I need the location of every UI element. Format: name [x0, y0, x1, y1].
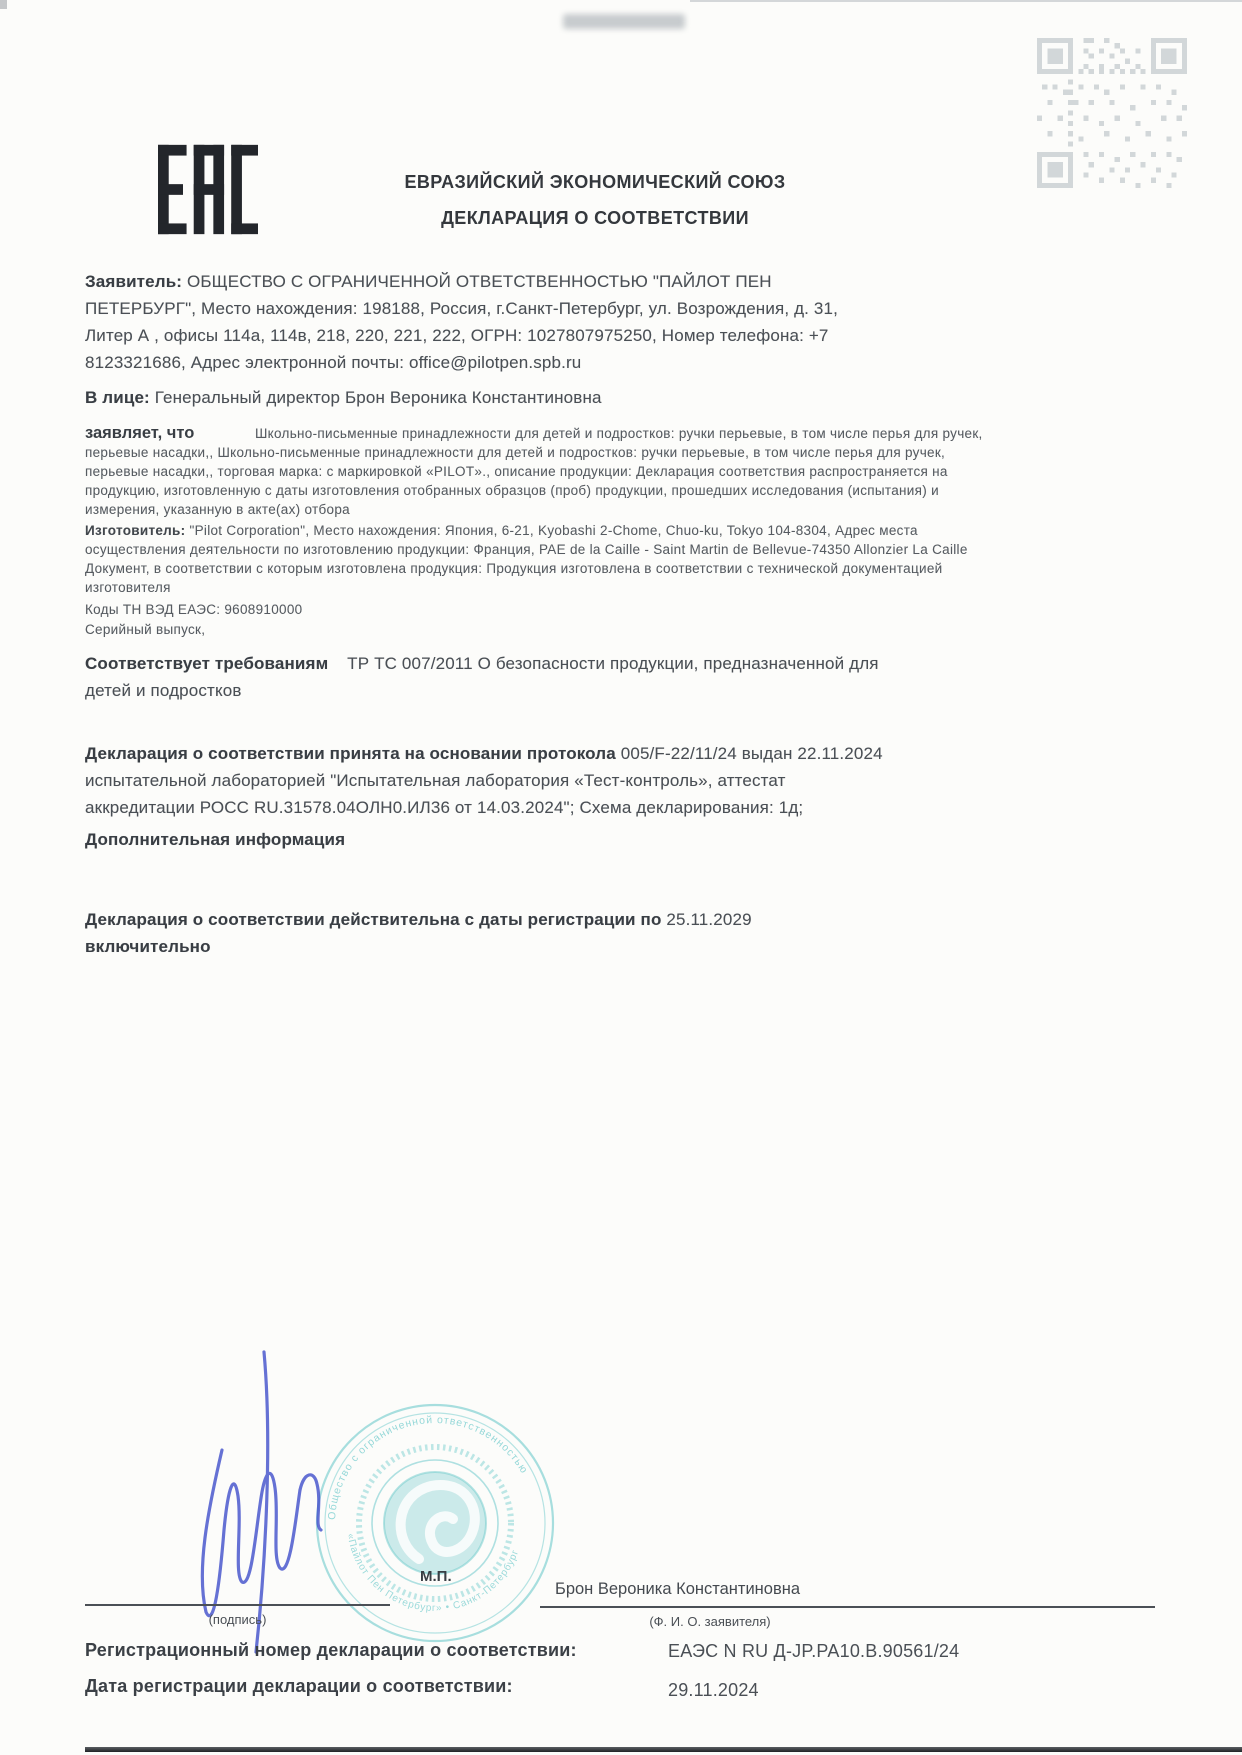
scan-bottom-edge	[85, 1747, 1242, 1752]
signature-rule	[85, 1604, 390, 1606]
applicant-line: ПЕТЕРБУРГ", Место нахождения: 198188, Ро…	[85, 295, 838, 322]
complies-text-line: ТР ТС 007/2011 О безопасности продукции,…	[347, 654, 879, 673]
declares-line: продукцию, изготовленную с даты изготовл…	[85, 481, 983, 500]
name-caption: (Ф. И. О. заявителя)	[560, 1614, 860, 1629]
in-person-label: В лице:	[85, 388, 150, 407]
complies-text-line: детей и подростков	[85, 677, 879, 704]
scan-smudge-artifact	[563, 14, 685, 29]
basis-block: Декларация о соответствии принята на осн…	[85, 740, 883, 821]
manufacturer-line: Документ, в соответствии с которым изгот…	[85, 559, 968, 578]
declares-line: Школьно-письменные принадлежности для де…	[85, 424, 983, 443]
applicant-line: ОБЩЕСТВО С ОГРАНИЧЕННОЙ ОТВЕТСТВЕННОСТЬЮ…	[187, 272, 772, 291]
applicant-paragraph: Заявитель: ОБЩЕСТВО С ОГРАНИЧЕННОЙ ОТВЕТ…	[85, 268, 838, 376]
complies-block: Соответствует требованиям ТР ТС 007/2011…	[85, 650, 879, 704]
scan-top-edge-line	[690, 0, 1242, 2]
declaration-document-page: ЕВРАЗИЙСКИЙ ЭКОНОМИЧЕСКИЙ СОЮЗ ДЕКЛАРАЦИ…	[0, 0, 1242, 1755]
name-rule	[540, 1606, 1155, 1608]
applicant-label: Заявитель:	[85, 272, 182, 291]
validity-label: Декларация о соответствии действительна …	[85, 910, 661, 929]
manufacturer-label: Изготовитель:	[85, 523, 185, 538]
basis-line: 005/F-22/11/24 выдан 22.11.2024	[621, 744, 883, 763]
basis-label: Декларация о соответствии принята на осн…	[85, 744, 616, 763]
declares-line: перьевые насадки,, Школьно-письменные пр…	[85, 443, 983, 462]
validity-date: 25.11.2029	[666, 910, 751, 929]
validity-suffix: включительно	[85, 937, 211, 956]
declares-line: перьевые насадки,, торговая марка: с мар…	[85, 462, 983, 481]
basis-line: аккредитации РОСС RU.31578.04ОЛН0.ИЛ36 о…	[85, 794, 883, 821]
registration-date-value: 29.11.2024	[668, 1680, 759, 1701]
applicant-line: 8123321686, Адрес электронной почты: off…	[85, 349, 838, 376]
registration-date-label: Дата регистрации декларации о соответств…	[85, 1676, 513, 1697]
registration-number-value: ЕАЭС N RU Д-JP.РА10.В.90561/24	[668, 1641, 959, 1662]
basis-line: испытательной лабораторией "Испытательна…	[85, 767, 883, 794]
manufacturer-line: изготовителя	[85, 578, 968, 597]
in-person-text: Генеральный директор Брон Вероника Конст…	[155, 388, 602, 407]
declares-block: заявляет, что Школьно-письменные принадл…	[85, 424, 983, 519]
manufacturer-block: Изготовитель: "Pilot Corporation", Место…	[85, 521, 968, 597]
signature-caption: (подпись)	[85, 1612, 390, 1627]
applicant-name: Брон Вероника Константиновна	[555, 1580, 800, 1599]
scan-corner-artifact	[0, 0, 7, 9]
union-title: ЕВРАЗИЙСКИЙ ЭКОНОМИЧЕСКИЙ СОЮЗ	[160, 172, 1030, 193]
qr-code	[1036, 38, 1188, 188]
complies-label: Соответствует требованиям	[85, 654, 328, 673]
handwritten-signature	[168, 1330, 368, 1660]
declares-label: заявляет, что	[85, 424, 194, 443]
serial-issue: Серийный выпуск,	[85, 620, 205, 639]
stamp-center-emblem	[384, 1472, 486, 1574]
stamp-place-label: М.П.	[420, 1568, 452, 1585]
manufacturer-line: "Pilot Corporation", Место нахождения: Я…	[190, 523, 918, 538]
in-person-row: В лице: Генеральный директор Брон Верони…	[85, 384, 602, 411]
registration-number-label: Регистрационный номер декларации о соотв…	[85, 1640, 577, 1661]
document-title: ДЕКЛАРАЦИЯ О СООТВЕТСТВИИ	[160, 208, 1030, 229]
additional-info-label: Дополнительная информация	[85, 826, 345, 853]
manufacturer-line: осуществления деятельности по изготовлен…	[85, 540, 968, 559]
declares-line: измерения, указанную в акте(ах) отбора	[85, 500, 983, 519]
applicant-line: Литер А , офисы 114а, 114в, 218, 220, 22…	[85, 322, 838, 349]
tnved-codes: Коды ТН ВЭД ЕАЭС: 9608910000	[85, 600, 302, 619]
validity-block: Декларация о соответствии действительна …	[85, 906, 752, 960]
